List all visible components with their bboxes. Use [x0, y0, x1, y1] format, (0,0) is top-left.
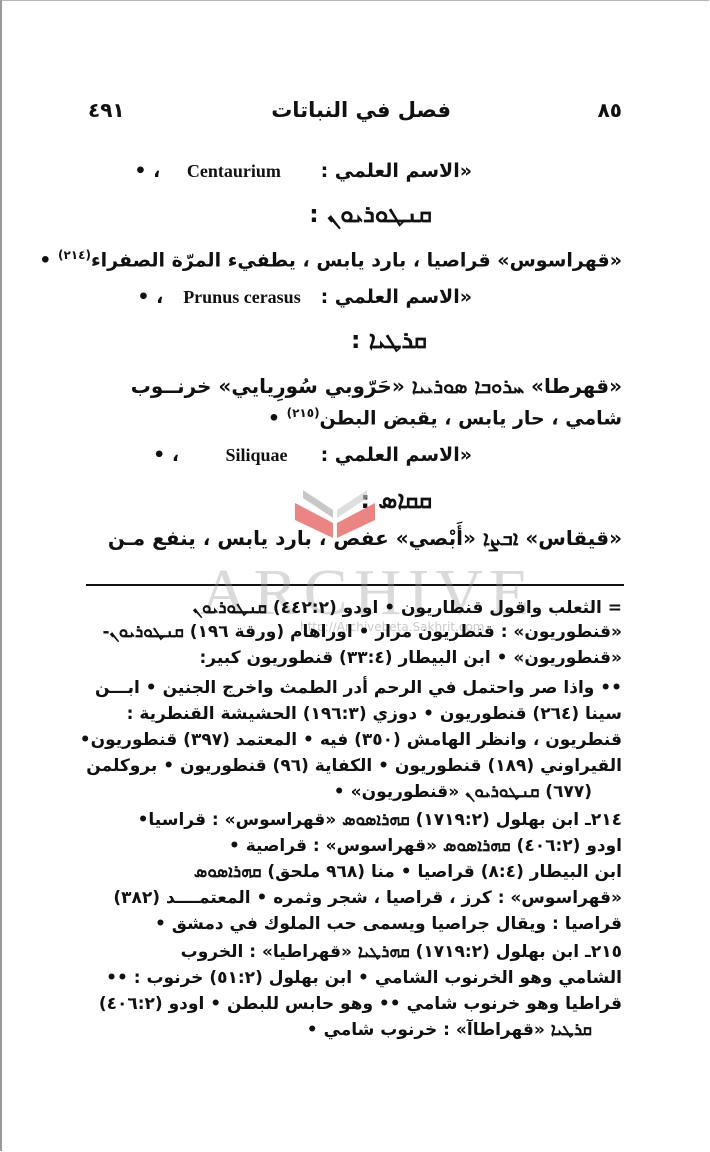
footnote-line: «قنطوريون» : قنطريون مرار • اوراهام (ورق… — [102, 622, 622, 642]
syriac-word: ܩܪܛܝܐ : — [351, 326, 427, 355]
footnote-line: ٢١٤ـ ابن بهلول (١٧١٩:٢) ܩܗܪܐܣܘܣ «قهراسوس… — [138, 810, 622, 830]
text-line: «قيقاس» ܐܒܨܐ «أَبْصي» عفص ، بارد يابس ، … — [108, 526, 622, 550]
footnote-ref: (٢١٥) — [287, 406, 320, 420]
scientific-name: Siliquae — [225, 445, 287, 465]
running-title: فصل في النباتات — [271, 98, 451, 122]
text-line: «قهراسوس» قراصيا ، بارد يابس ، يطفيء الم… — [39, 248, 622, 272]
footnote-line: «قنطوريون» • ابن البيطار (٣٣:٤) قنطوريون… — [199, 648, 622, 668]
footnote-line: •• واذا صر واحتمل في الرحم أدر الطمث واخ… — [95, 678, 622, 698]
footnote-line: قراطيا وهو خرنوب شامي •• وهو حابس للبطن … — [99, 994, 622, 1014]
text-line: شامي ، حار يابس ، يقبض البطن(٢١٥) • — [268, 406, 622, 430]
arabic-text: «قهراسوس» قراصيا ، بارد يابس ، يطفيء الم… — [91, 249, 622, 271]
punctuation: • — [39, 249, 51, 271]
text-line: «الاسم العلمي : Centaurium ، • — [134, 160, 472, 183]
footnote-line: سينا (٢٦٤) قنطوريون • دوزي (١٩٦:٣) الحشي… — [127, 704, 622, 724]
syriac-word: ܩܢܛܘܪܝܘܢ : — [309, 200, 432, 229]
arabic-text: «الاسم العلمي : — [321, 444, 472, 466]
text-line: «الاسم العلمي : Siliquae ، • — [153, 444, 472, 467]
text-line: «قهرطا» ܚܪܘܒܐ ܣܘܪܝܝܐ «حَرّوبي سُورِيايي»… — [131, 374, 622, 398]
footnote-line: اودو (٤٠٦:٢) ܩܗܪܐܣܘܣ «قهراسوس» : قراصية … — [229, 836, 622, 856]
footnote-line: = الثعلب واقول قنطاريون • اودو (٤٤٢:٢) ܩ… — [193, 598, 622, 618]
footnote-line: قنطريون ، وانظر الهامش (٣٥٠) فيه • المعت… — [80, 730, 622, 750]
footnote-line: ٢١٥ـ ابن بهلول (١٧١٩:٢) ܩܗܪܛܝܐ «قهراطيا»… — [181, 942, 622, 962]
arabic-text: «الاسم العلمي : — [321, 160, 472, 182]
syriac-word: ܩܩܐܣ : — [360, 486, 432, 515]
arabic-text: «الاسم العلمي : — [321, 286, 472, 308]
punctuation: • — [268, 407, 280, 429]
footnote-line: «قهراسوس» : كرز ، قراصيا ، شجر وثمره • ا… — [113, 888, 622, 908]
footnote-line: ابن البيطار (٨:٤) قراصيا • منا (٩٦٨ ملحق… — [194, 862, 622, 882]
footnote-ref: (٢١٤) — [58, 248, 91, 262]
scientific-name: Centaurium — [187, 161, 281, 181]
footnote-separator — [86, 584, 624, 586]
arabic-text: شامي ، حار يابس ، يقبض البطن — [320, 407, 622, 429]
footnote-line: (٦٧٧) ܩܢܛܘܪܝܘܢ «قنطوريون» • — [334, 782, 592, 802]
page-number-original: ٤٩١ — [88, 98, 125, 122]
page-number-arabic: ٨٥ — [598, 98, 622, 122]
footnote-line: ܩܪܛܝܐ «قهراطاآ» : خرنوب شامي • — [307, 1020, 592, 1040]
page-header: ٨٥ فصل في النباتات ٤٩١ — [88, 92, 622, 128]
scientific-name: Prunus cerasus — [183, 287, 301, 307]
punctuation: ، • — [153, 444, 179, 466]
punctuation: ، • — [137, 286, 163, 308]
footnote-line: الشامي وهو الخرنوب الشامي • ابن بهلول (٥… — [106, 968, 622, 988]
punctuation: ، • — [134, 160, 160, 182]
footnote-line: قراصيا : ويقال جراصيا ويسمى حب الملوك في… — [155, 914, 622, 934]
footnote-line: القيراوني (١٨٩) قنطوريون • الكفاية (٩٦) … — [86, 756, 622, 776]
text-line: «الاسم العلمي : Prunus cerasus ، • — [137, 286, 472, 309]
